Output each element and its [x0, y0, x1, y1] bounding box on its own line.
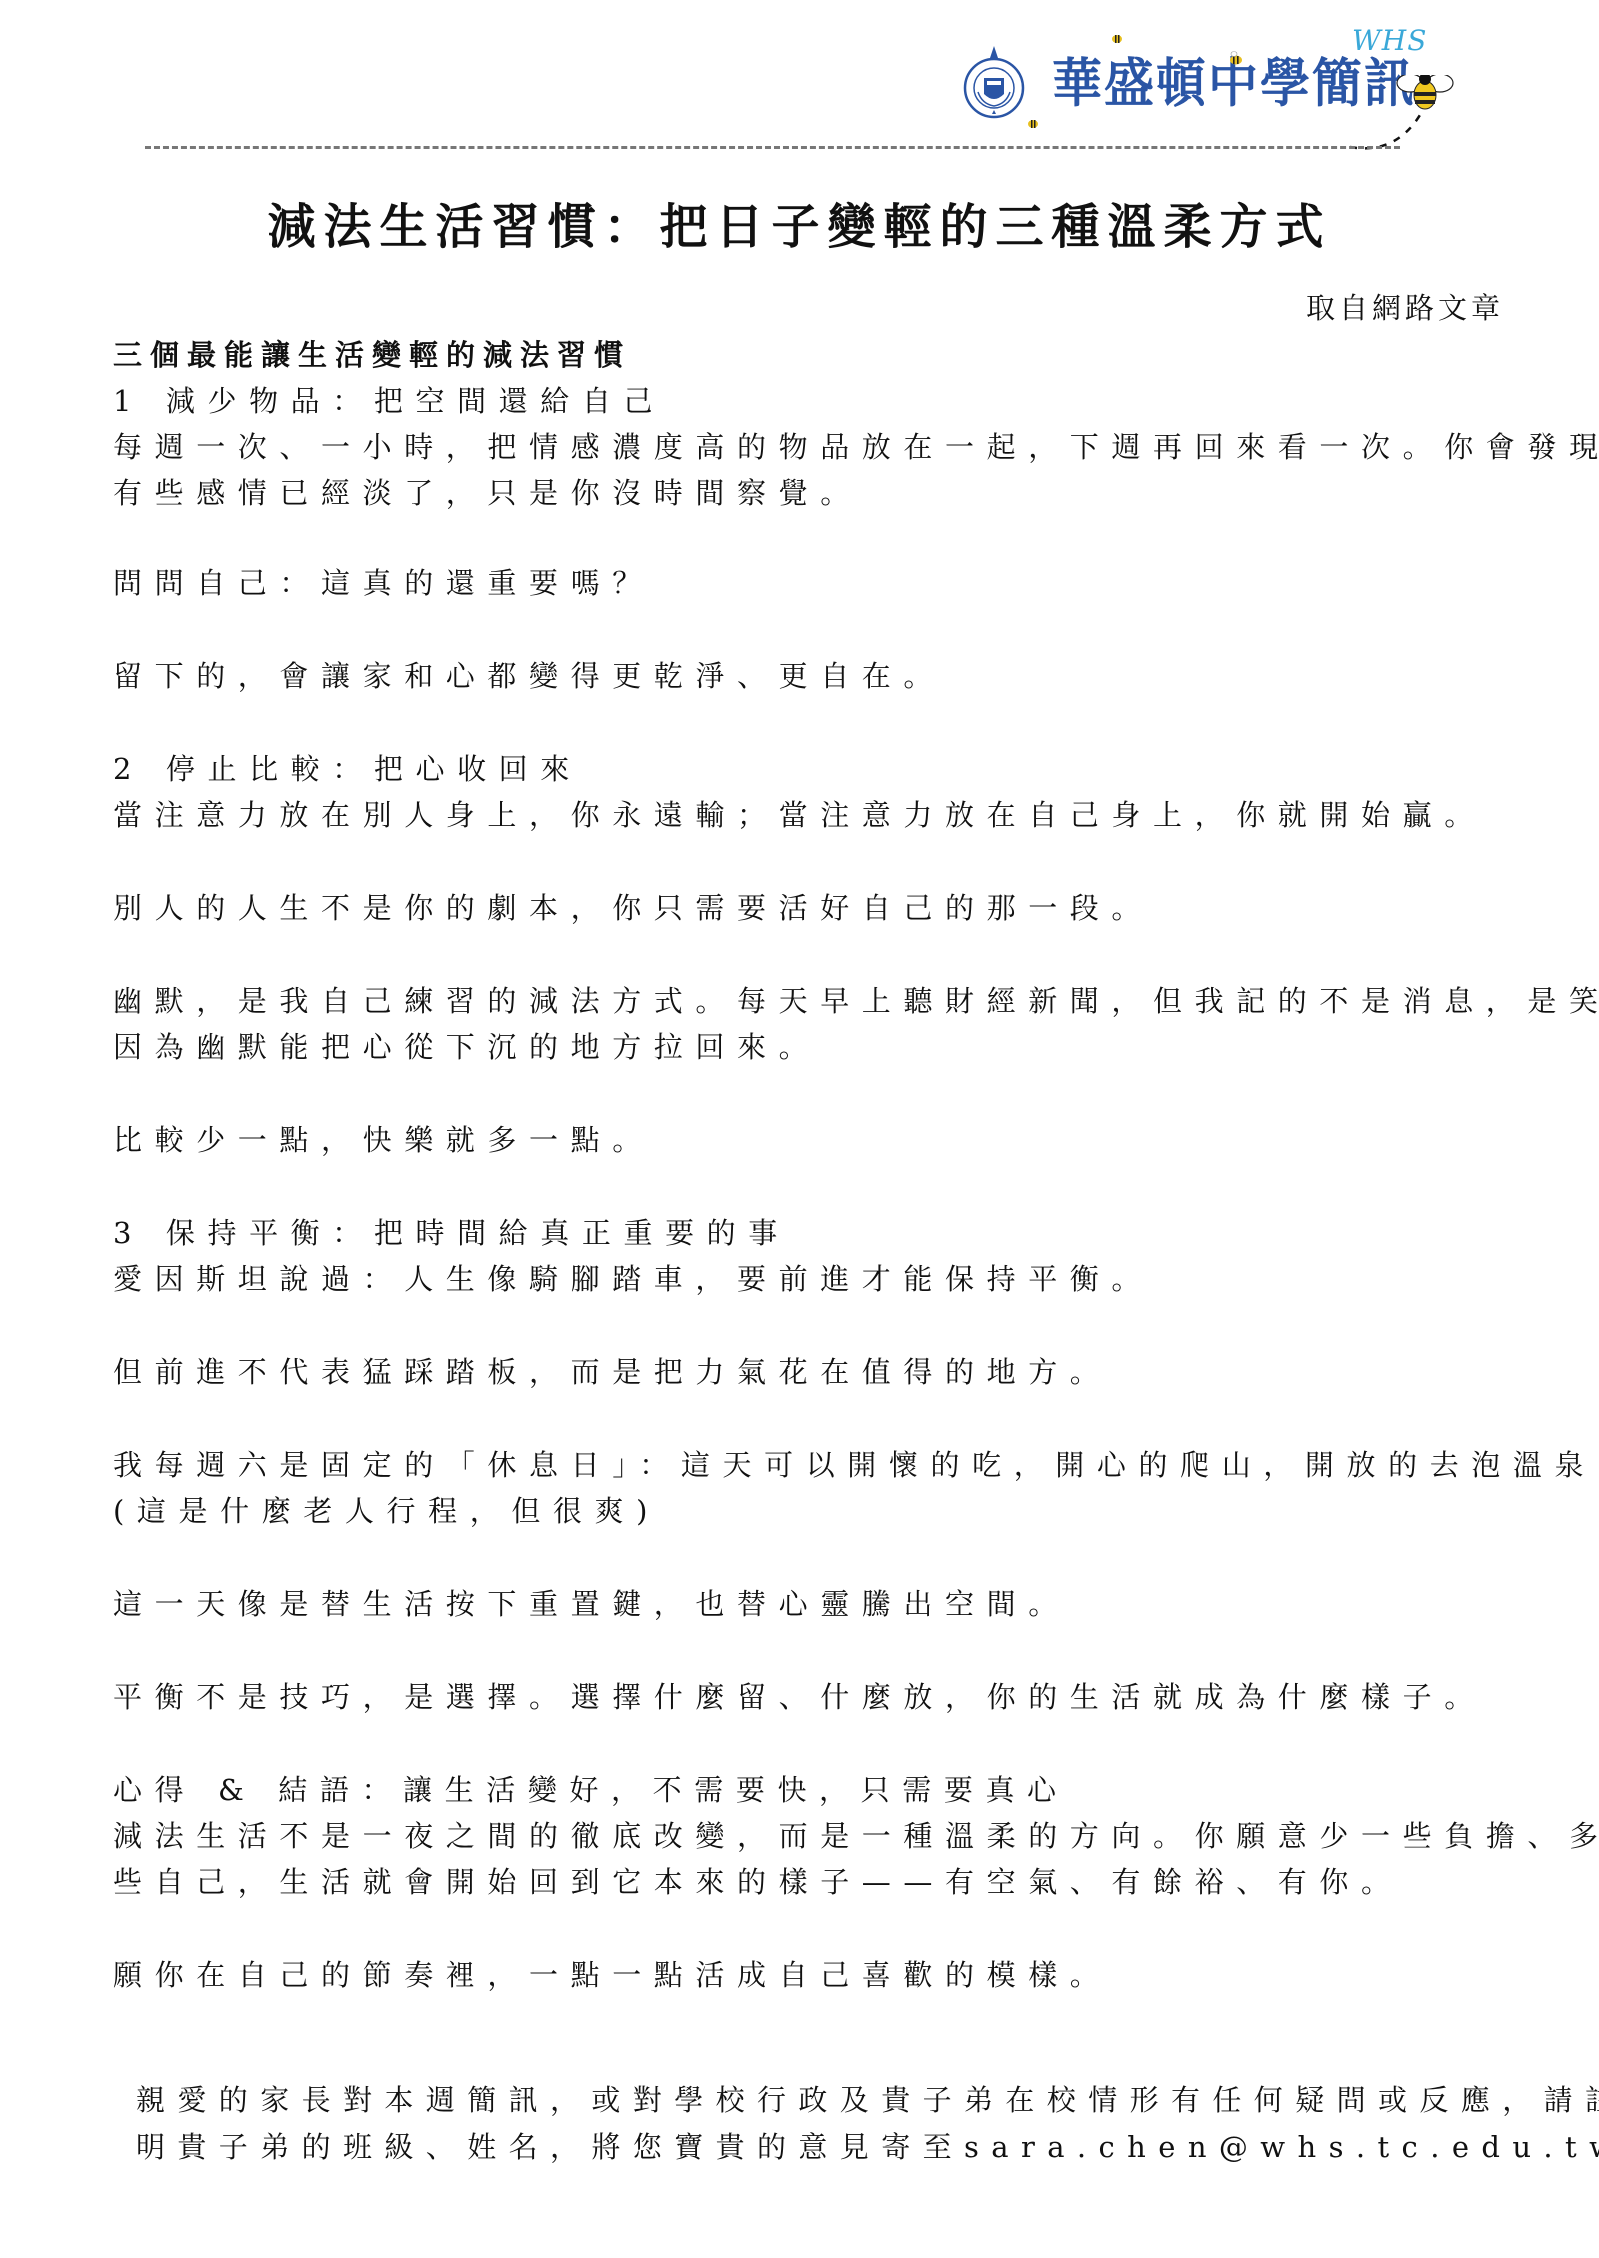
- paragraph-line: 問問自己：這真的還重要嗎？: [113, 560, 1553, 606]
- subheading-stop-comparing: 2 停止比較：把心收回來: [113, 746, 1553, 792]
- header-dashed-divider: [145, 146, 1400, 149]
- paragraph-line: 減法生活不是一夜之間的徹底改變，而是一種溫柔的方向。你願意少一些負擔、多一: [113, 1813, 1553, 1859]
- paragraph-line: 當注意力放在別人身上，你永遠輸；當注意力放在自己身上，你就開始贏。: [113, 792, 1553, 838]
- newsletter-masthead: WHS 華盛頓中學簡訊: [940, 20, 1500, 150]
- paragraph-line: 幽默，是我自己練習的減法方式。每天早上聽財經新聞，但我記的不是消息，是笑話。: [113, 978, 1553, 1024]
- parent-feedback-note: 親愛的家長對本週簡訊，或對學校行政及貴子弟在校情形有任何疑問或反應，請註 明貴子…: [136, 2077, 1536, 2171]
- paragraph-line: (這是什麼老人行程，但很爽): [113, 1488, 1553, 1534]
- paragraph-line: 些自己，生活就會開始回到它本來的樣子——有空氣、有餘裕、有你。: [113, 1859, 1553, 1905]
- subheading-keep-balance: 3 保持平衡：把時間給真正重要的事: [113, 1210, 1553, 1256]
- paragraph-line: 別人的人生不是你的劇本，你只需要活好自己的那一段。: [113, 885, 1553, 931]
- paragraph-line: 留下的，會讓家和心都變得更乾淨、更自在。: [113, 653, 1553, 699]
- paragraph-line: 有些感情已經淡了，只是你沒時間察覺。: [113, 470, 1553, 516]
- school-emblem-icon: [962, 44, 1026, 120]
- bee-icon: [1026, 116, 1040, 130]
- subheading-conclusion: 心得 & 結語：讓生活變好，不需要快，只需要真心: [113, 1767, 1553, 1813]
- article-body: 三個最能讓生活變輕的減法習慣 1 減少物品：把空間還給自己 每週一次、一小時，把…: [113, 332, 1553, 1998]
- paragraph-line: 每週一次、一小時，把情感濃度高的物品放在一起，下週再回來看一次。你會發現，: [113, 424, 1553, 470]
- bee-icon: [1110, 32, 1124, 44]
- article-title: 減法生活習慣：把日子變輕的三種溫柔方式: [0, 188, 1599, 257]
- footer-line: 親愛的家長對本週簡訊，或對學校行政及貴子弟在校情形有任何疑問或反應，請註: [136, 2077, 1536, 2124]
- paragraph-line: 平衡不是技巧，是選擇。選擇什麼留、什麼放，你的生活就成為什麼樣子。: [113, 1674, 1553, 1720]
- paragraph-line: 我每週六是固定的「休息日」：這天可以開懷的吃，開心的爬山，開放的去泡溫泉: [113, 1442, 1553, 1488]
- paragraph-line: 因為幽默能把心從下沉的地方拉回來。: [113, 1024, 1553, 1070]
- section-heading: 三個最能讓生活變輕的減法習慣: [113, 332, 1553, 378]
- footer-line-with-email: 明貴子弟的班級、姓名，將您寶貴的意見寄至sara.chen@whs.tc.edu…: [136, 2124, 1536, 2171]
- paragraph-line: 這一天像是替生活按下重置鍵，也替心靈騰出空間。: [113, 1581, 1553, 1627]
- paragraph-line: 但前進不代表猛踩踏板，而是把力氣花在值得的地方。: [113, 1349, 1553, 1395]
- subheading-reduce-items: 1 減少物品：把空間還給自己: [113, 378, 1553, 424]
- paragraph-line: 愛因斯坦說過：人生像騎腳踏車，要前進才能保持平衡。: [113, 1256, 1553, 1302]
- bee-icon: [1228, 50, 1244, 66]
- article-source: 取自網路文章: [1306, 286, 1504, 327]
- paragraph-line: 願你在自己的節奏裡，一點一點活成自己喜歡的模樣。: [113, 1952, 1553, 1998]
- paragraph-line: 比較少一點，快樂就多一點。: [113, 1117, 1553, 1163]
